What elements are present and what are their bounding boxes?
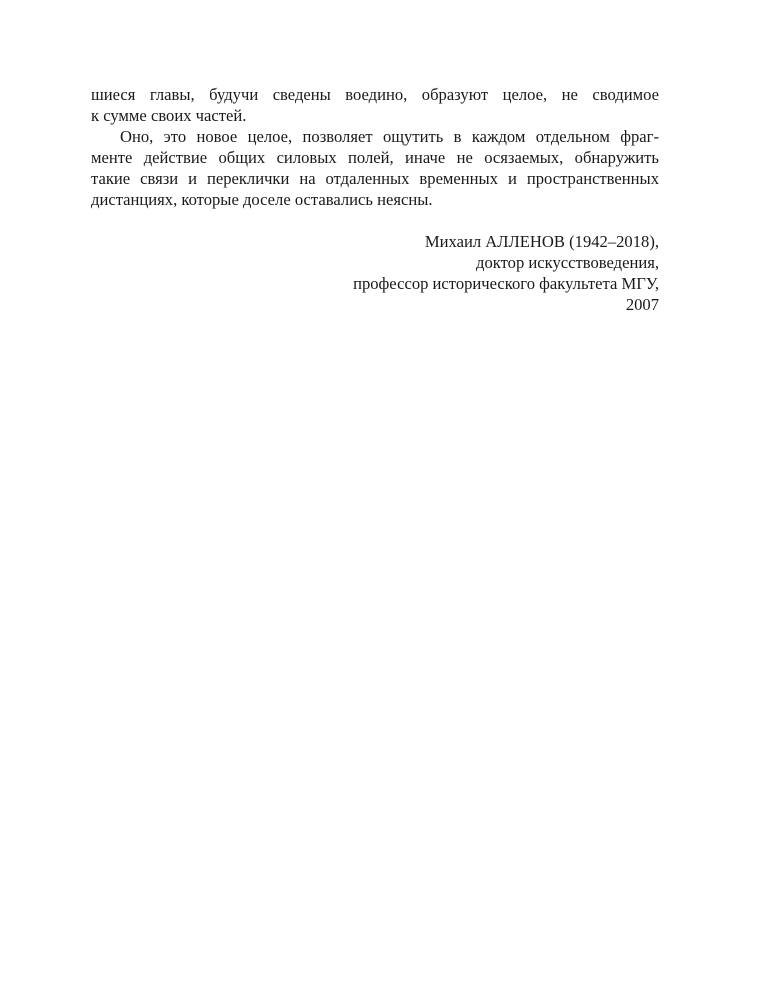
text-line: Оно, это новое целое, позволяет ощутить … [91,126,659,147]
text-line: менте действие общих силовых полей, инач… [91,147,659,168]
attribution-year: 2007 [91,294,659,315]
text-line: шиеся главы, будучи сведены воедино, обр… [91,84,659,105]
author-degree: доктор искусствоведения, [91,252,659,273]
attribution-block: Михаил АЛЛЕНОВ (1942–2018), доктор искус… [91,231,659,315]
text-line: такие связи и переклички на отдаленных в… [91,168,659,189]
text-line: дистанциях, которые доселе оставались не… [91,189,659,210]
author-name: Михаил АЛЛЕНОВ (1942–2018), [91,231,659,252]
page-body: шиеся главы, будучи сведены воедино, обр… [91,84,659,315]
author-position: профессор исторического факультета МГУ, [91,273,659,294]
paragraph-continuation: шиеся главы, будучи сведены воедино, обр… [91,84,659,126]
paragraph-main: Оно, это новое целое, позволяет ощутить … [91,126,659,210]
text-line: к сумме своих частей. [91,105,659,126]
